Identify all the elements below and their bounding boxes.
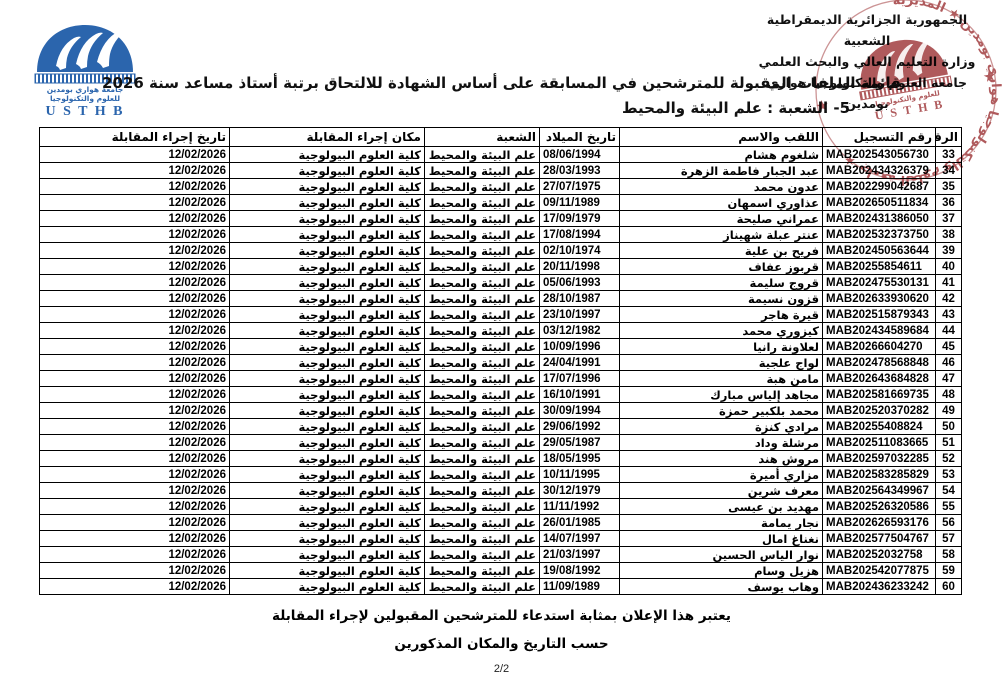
cell-number: 45 (936, 339, 962, 355)
cell-number: 49 (936, 403, 962, 419)
cell-branch: علم البيئة والمحيط (425, 275, 540, 291)
cell-interview-date: 12/02/2026 (40, 179, 230, 195)
cell-registration: MAB202643684828 (823, 371, 936, 387)
cell-birthdate: 17/07/1996 (540, 371, 620, 387)
cell-number: 41 (936, 275, 962, 291)
cell-name: شلغوم هشام (620, 147, 823, 163)
cell-branch: علم البيئة والمحيط (425, 563, 540, 579)
cell-branch: علم البيئة والمحيط (425, 195, 540, 211)
table-row: 47MAB202643684828مامن هبة17/07/1996علم ا… (40, 371, 962, 387)
cell-branch: علم البيئة والمحيط (425, 371, 540, 387)
cell-birthdate: 08/06/1994 (540, 147, 620, 163)
cell-venue: كلية العلوم البيولوجية (230, 163, 425, 179)
cell-interview-date: 12/02/2026 (40, 419, 230, 435)
cell-name: مجاهد إلياس مبارك (620, 387, 823, 403)
cell-birthdate: 11/09/1989 (540, 579, 620, 595)
cell-registration: MAB202299042687 (823, 179, 936, 195)
document-page: الجمهورية الجزائرية الديمقراطية الشعبية … (0, 0, 1003, 686)
usthb-logo: جامعة هواري بومدين للعلوم والتكنولوجيا U… (26, 20, 144, 116)
cell-registration: MAB202526320586 (823, 499, 936, 515)
cell-venue: كلية العلوم البيولوجية (230, 307, 425, 323)
cell-name: معرف شرين (620, 483, 823, 499)
cell-name: نغناغ امال (620, 531, 823, 547)
cell-birthdate: 17/08/1994 (540, 227, 620, 243)
cell-number: 59 (936, 563, 962, 579)
cell-venue: كلية العلوم البيولوجية (230, 275, 425, 291)
cell-birthdate: 03/12/1982 (540, 323, 620, 339)
cell-birthdate: 23/10/1997 (540, 307, 620, 323)
cell-venue: كلية العلوم البيولوجية (230, 531, 425, 547)
cell-venue: كلية العلوم البيولوجية (230, 563, 425, 579)
cell-branch: علم البيئة والمحيط (425, 579, 540, 595)
table-row: 45MAB20266604270لعلاونة رانيا10/09/1996ع… (40, 339, 962, 355)
cell-branch: علم البيئة والمحيط (425, 355, 540, 371)
cell-number: 52 (936, 451, 962, 467)
cell-registration: MAB202583285829 (823, 467, 936, 483)
cell-registration: MAB202450563644 (823, 243, 936, 259)
cell-branch: علم البيئة والمحيط (425, 419, 540, 435)
cell-number: 53 (936, 467, 962, 483)
table-row: 48MAB202581669735مجاهد إلياس مبارك16/10/… (40, 387, 962, 403)
cell-registration: MAB202597032285 (823, 451, 936, 467)
country-line: الجمهورية الجزائرية الديمقراطية الشعبية (747, 9, 987, 51)
cell-branch: علم البيئة والمحيط (425, 387, 540, 403)
table-row: 38MAB202532373750عنتر عبلة شهيناز17/08/1… (40, 227, 962, 243)
cell-name: عبد الجبار فاطمة الزهرة (620, 163, 823, 179)
table-row: 56MAB202626593176نجار يمامة26/01/1985علم… (40, 515, 962, 531)
cell-number: 40 (936, 259, 962, 275)
cell-birthdate: 02/10/1974 (540, 243, 620, 259)
cell-number: 33 (936, 147, 962, 163)
cell-name: عدون محمد (620, 179, 823, 195)
table-row: 42MAB202633930620قزون نسيمة28/10/1987علم… (40, 291, 962, 307)
cell-birthdate: 28/03/1993 (540, 163, 620, 179)
cell-venue: كلية العلوم البيولوجية (230, 467, 425, 483)
cell-birthdate: 17/09/1979 (540, 211, 620, 227)
cell-number: 60 (936, 579, 962, 595)
table-row: 44MAB202434589684كيزوري محمد03/12/1982عل… (40, 323, 962, 339)
cell-registration: MAB202431386050 (823, 211, 936, 227)
cell-registration: MAB202511083665 (823, 435, 936, 451)
table-row: 35MAB202299042687عدون محمد27/07/1975علم … (40, 179, 962, 195)
cell-venue: كلية العلوم البيولوجية (230, 339, 425, 355)
cell-birthdate: 21/03/1997 (540, 547, 620, 563)
cell-interview-date: 12/02/2026 (40, 483, 230, 499)
cell-birthdate: 18/05/1995 (540, 451, 620, 467)
header-branch: الشعبة (425, 128, 540, 147)
cell-birthdate: 26/01/1985 (540, 515, 620, 531)
cell-registration: MAB202650511834 (823, 195, 936, 211)
table-row: 37MAB202431386050عمراني صليحة17/09/1979ع… (40, 211, 962, 227)
table-row: 57MAB202577504767نغناغ امال14/07/1997علم… (40, 531, 962, 547)
cell-number: 46 (936, 355, 962, 371)
cell-branch: علم البيئة والمحيط (425, 227, 540, 243)
cell-interview-date: 12/02/2026 (40, 323, 230, 339)
cell-venue: كلية العلوم البيولوجية (230, 419, 425, 435)
table-row: 55MAB202526320586مهديد بن عيسى11/11/1992… (40, 499, 962, 515)
cell-name: عمراني صليحة (620, 211, 823, 227)
cell-number: 51 (936, 435, 962, 451)
page-title: قائمة الملفات المقبولة للمترشحين في المس… (0, 74, 1003, 92)
cell-registration: MAB202581669735 (823, 387, 936, 403)
cell-name: نوار الياس الحسين (620, 547, 823, 563)
cell-registration: MAB202626593176 (823, 515, 936, 531)
table-row: 34MAB202434326379عبد الجبار فاطمة الزهرة… (40, 163, 962, 179)
cell-birthdate: 09/11/1989 (540, 195, 620, 211)
cell-registration: MAB20255854611 (823, 259, 936, 275)
cell-name: هزيل وسام (620, 563, 823, 579)
cell-interview-date: 12/02/2026 (40, 243, 230, 259)
cell-venue: كلية العلوم البيولوجية (230, 291, 425, 307)
cell-interview-date: 12/02/2026 (40, 147, 230, 163)
cell-name: مرادي كنزة (620, 419, 823, 435)
cell-branch: علم البيئة والمحيط (425, 467, 540, 483)
cell-interview-date: 12/02/2026 (40, 499, 230, 515)
cell-branch: علم البيئة والمحيط (425, 179, 540, 195)
cell-venue: كلية العلوم البيولوجية (230, 259, 425, 275)
cell-branch: علم البيئة والمحيط (425, 307, 540, 323)
table-row: 53MAB202583285829مزاري أميرة10/11/1995عل… (40, 467, 962, 483)
cell-interview-date: 12/02/2026 (40, 355, 230, 371)
cell-interview-date: 12/02/2026 (40, 579, 230, 595)
cell-birthdate: 20/11/1998 (540, 259, 620, 275)
cell-registration: MAB202475530131 (823, 275, 936, 291)
cell-venue: كلية العلوم البيولوجية (230, 451, 425, 467)
cell-registration: MAB202543056730 (823, 147, 936, 163)
cell-registration: MAB202577504767 (823, 531, 936, 547)
cell-number: 57 (936, 531, 962, 547)
cell-venue: كلية العلوم البيولوجية (230, 371, 425, 387)
header-venue: مكان إجراء المقابلة (230, 128, 425, 147)
cell-interview-date: 12/02/2026 (40, 515, 230, 531)
cell-birthdate: 30/12/1979 (540, 483, 620, 499)
cell-registration: MAB202564349967 (823, 483, 936, 499)
cell-venue: كلية العلوم البيولوجية (230, 499, 425, 515)
cell-venue: كلية العلوم البيولوجية (230, 515, 425, 531)
cell-venue: كلية العلوم البيولوجية (230, 387, 425, 403)
cell-branch: علم البيئة والمحيط (425, 451, 540, 467)
cell-number: 55 (936, 499, 962, 515)
cell-name: مروش هند (620, 451, 823, 467)
footer-notice-line1: يعتبر هذا الإعلان بمثابة استدعاء للمترشح… (0, 608, 1003, 624)
cell-venue: كلية العلوم البيولوجية (230, 243, 425, 259)
table-row: 41MAB202475530131قروج سليمة05/06/1993علم… (40, 275, 962, 291)
cell-branch: علم البيئة والمحيط (425, 323, 540, 339)
cell-branch: علم البيئة والمحيط (425, 547, 540, 563)
cell-number: 43 (936, 307, 962, 323)
cell-venue: كلية العلوم البيولوجية (230, 195, 425, 211)
cell-registration: MAB202515879343 (823, 307, 936, 323)
cell-branch: علم البيئة والمحيط (425, 259, 540, 275)
cell-branch: علم البيئة والمحيط (425, 531, 540, 547)
cell-branch: علم البيئة والمحيط (425, 499, 540, 515)
table-header-row: الرقم رقم التسجيل اللقب والاسم تاريخ الم… (40, 128, 962, 147)
cell-birthdate: 28/10/1987 (540, 291, 620, 307)
cell-name: قيرة هاجر (620, 307, 823, 323)
cell-branch: علم البيئة والمحيط (425, 515, 540, 531)
cell-registration: MAB20252032758 (823, 547, 936, 563)
logo-arabic-line2: للعلوم والتكنولوجيا (50, 94, 120, 103)
cell-number: 44 (936, 323, 962, 339)
ministry-line: وزارة التعليم العالي والبحث العلمي (747, 51, 987, 72)
logo-acronym: U S T H B (46, 104, 125, 116)
table-row: 54MAB202564349967معرف شرين30/12/1979علم … (40, 483, 962, 499)
cell-number: 48 (936, 387, 962, 403)
cell-registration: MAB20266604270 (823, 339, 936, 355)
cell-number: 36 (936, 195, 962, 211)
cell-venue: كلية العلوم البيولوجية (230, 147, 425, 163)
cell-name: مرشلة وداد (620, 435, 823, 451)
header-interview-date: تاريخ إجراء المقابلة (40, 128, 230, 147)
cell-birthdate: 30/09/1994 (540, 403, 620, 419)
page-number: 2/2 (0, 663, 1003, 675)
table-row: 43MAB202515879343قيرة هاجر23/10/1997علم … (40, 307, 962, 323)
table-row: 49MAB202520370282محمد بلكبير حمزة30/09/1… (40, 403, 962, 419)
cell-name: لواج علجية (620, 355, 823, 371)
cell-name: محمد بلكبير حمزة (620, 403, 823, 419)
cell-venue: كلية العلوم البيولوجية (230, 579, 425, 595)
cell-registration: MAB202532373750 (823, 227, 936, 243)
cell-venue: كلية العلوم البيولوجية (230, 483, 425, 499)
cell-venue: كلية العلوم البيولوجية (230, 547, 425, 563)
cell-birthdate: 16/10/1991 (540, 387, 620, 403)
table-body: 33MAB202543056730شلغوم هشام08/06/1994علم… (40, 147, 962, 595)
table-row: 60MAB202436233242وهاب يوسف11/09/1989علم … (40, 579, 962, 595)
cell-venue: كلية العلوم البيولوجية (230, 211, 425, 227)
cell-birthdate: 10/11/1995 (540, 467, 620, 483)
table-row: 46MAB202478568848لواج علجية24/04/1991علم… (40, 355, 962, 371)
cell-interview-date: 12/02/2026 (40, 371, 230, 387)
cell-name: عنتر عبلة شهيناز (620, 227, 823, 243)
cell-name: مزاري أميرة (620, 467, 823, 483)
cell-birthdate: 11/11/1992 (540, 499, 620, 515)
cell-registration: MAB202520370282 (823, 403, 936, 419)
cell-birthdate: 24/04/1991 (540, 355, 620, 371)
cell-interview-date: 12/02/2026 (40, 467, 230, 483)
table-row: 36MAB202650511834عذاوري اسمهان09/11/1989… (40, 195, 962, 211)
cell-registration: MAB202633930620 (823, 291, 936, 307)
cell-interview-date: 12/02/2026 (40, 547, 230, 563)
cell-name: مهديد بن عيسى (620, 499, 823, 515)
table-row: 39MAB202450563644فريح بن علية02/10/1974ع… (40, 243, 962, 259)
cell-venue: كلية العلوم البيولوجية (230, 323, 425, 339)
header-birthdate: تاريخ الميلاد (540, 128, 620, 147)
cell-interview-date: 12/02/2026 (40, 451, 230, 467)
cell-name: قربوز عفاف (620, 259, 823, 275)
cell-interview-date: 12/02/2026 (40, 403, 230, 419)
cell-birthdate: 19/08/1992 (540, 563, 620, 579)
table-row: 59MAB202542077875هزيل وسام19/08/1992علم … (40, 563, 962, 579)
cell-name: قزون نسيمة (620, 291, 823, 307)
candidates-table: الرقم رقم التسجيل اللقب والاسم تاريخ الم… (39, 127, 962, 595)
cell-number: 58 (936, 547, 962, 563)
cell-number: 35 (936, 179, 962, 195)
cell-branch: علم البيئة والمحيط (425, 243, 540, 259)
cell-registration: MAB20255408824 (823, 419, 936, 435)
cell-interview-date: 12/02/2026 (40, 339, 230, 355)
cell-number: 50 (936, 419, 962, 435)
cell-branch: علم البيئة والمحيط (425, 147, 540, 163)
cell-interview-date: 12/02/2026 (40, 227, 230, 243)
cell-birthdate: 27/07/1975 (540, 179, 620, 195)
cell-interview-date: 12/02/2026 (40, 307, 230, 323)
cell-name: مامن هبة (620, 371, 823, 387)
cell-registration: MAB202542077875 (823, 563, 936, 579)
table-row: 58MAB20252032758نوار الياس الحسين21/03/1… (40, 547, 962, 563)
cell-name: عذاوري اسمهان (620, 195, 823, 211)
table-row: 40MAB20255854611قربوز عفاف20/11/1998علم … (40, 259, 962, 275)
cell-number: 42 (936, 291, 962, 307)
cell-venue: كلية العلوم البيولوجية (230, 179, 425, 195)
cell-branch: علم البيئة والمحيط (425, 435, 540, 451)
cell-number: 37 (936, 211, 962, 227)
cell-interview-date: 12/02/2026 (40, 387, 230, 403)
cell-number: 39 (936, 243, 962, 259)
cell-name: نجار يمامة (620, 515, 823, 531)
cell-number: 56 (936, 515, 962, 531)
cell-interview-date: 12/02/2026 (40, 195, 230, 211)
table-row: 52MAB202597032285مروش هند18/05/1995علم ا… (40, 451, 962, 467)
cell-branch: علم البيئة والمحيط (425, 211, 540, 227)
cell-interview-date: 12/02/2026 (40, 291, 230, 307)
cell-number: 34 (936, 163, 962, 179)
cell-name: لعلاونة رانيا (620, 339, 823, 355)
cell-branch: علم البيئة والمحيط (425, 291, 540, 307)
cell-venue: كلية العلوم البيولوجية (230, 435, 425, 451)
cell-interview-date: 12/02/2026 (40, 275, 230, 291)
cell-interview-date: 12/02/2026 (40, 531, 230, 547)
cell-branch: علم البيئة والمحيط (425, 403, 540, 419)
usthb-logo-icon: جامعة هواري بومدين للعلوم والتكنولوجيا U… (26, 20, 144, 116)
header-number: الرقم (936, 128, 962, 147)
cell-interview-date: 12/02/2026 (40, 563, 230, 579)
header-name: اللقب والاسم (620, 128, 823, 147)
cell-venue: كلية العلوم البيولوجية (230, 403, 425, 419)
cell-name: قروج سليمة (620, 275, 823, 291)
cell-birthdate: 29/05/1987 (540, 435, 620, 451)
cell-interview-date: 12/02/2026 (40, 163, 230, 179)
cell-number: 47 (936, 371, 962, 387)
cell-venue: كلية العلوم البيولوجية (230, 355, 425, 371)
cell-registration: MAB202434326379 (823, 163, 936, 179)
cell-interview-date: 12/02/2026 (40, 435, 230, 451)
cell-interview-date: 12/02/2026 (40, 259, 230, 275)
header-registration: رقم التسجيل (823, 128, 936, 147)
cell-birthdate: 14/07/1997 (540, 531, 620, 547)
footer-notice-line2: حسب التاريخ والمكان المذكورين (0, 636, 1003, 652)
table-row: 50MAB20255408824مرادي كنزة29/06/1992علم … (40, 419, 962, 435)
cell-name: كيزوري محمد (620, 323, 823, 339)
cell-name: فريح بن علية (620, 243, 823, 259)
table-row: 33MAB202543056730شلغوم هشام08/06/1994علم… (40, 147, 962, 163)
cell-venue: كلية العلوم البيولوجية (230, 227, 425, 243)
cell-registration: MAB202434589684 (823, 323, 936, 339)
cell-interview-date: 12/02/2026 (40, 211, 230, 227)
page-subtitle: 5- الشعبة : علم البيئة والمحيط (622, 99, 850, 117)
cell-birthdate: 10/09/1996 (540, 339, 620, 355)
cell-birthdate: 05/06/1993 (540, 275, 620, 291)
table-row: 51MAB202511083665مرشلة وداد29/05/1987علم… (40, 435, 962, 451)
cell-registration: MAB202478568848 (823, 355, 936, 371)
cell-registration: MAB202436233242 (823, 579, 936, 595)
cell-branch: علم البيئة والمحيط (425, 163, 540, 179)
cell-branch: علم البيئة والمحيط (425, 339, 540, 355)
cell-number: 54 (936, 483, 962, 499)
cell-name: وهاب يوسف (620, 579, 823, 595)
cell-number: 38 (936, 227, 962, 243)
cell-branch: علم البيئة والمحيط (425, 483, 540, 499)
cell-birthdate: 29/06/1992 (540, 419, 620, 435)
